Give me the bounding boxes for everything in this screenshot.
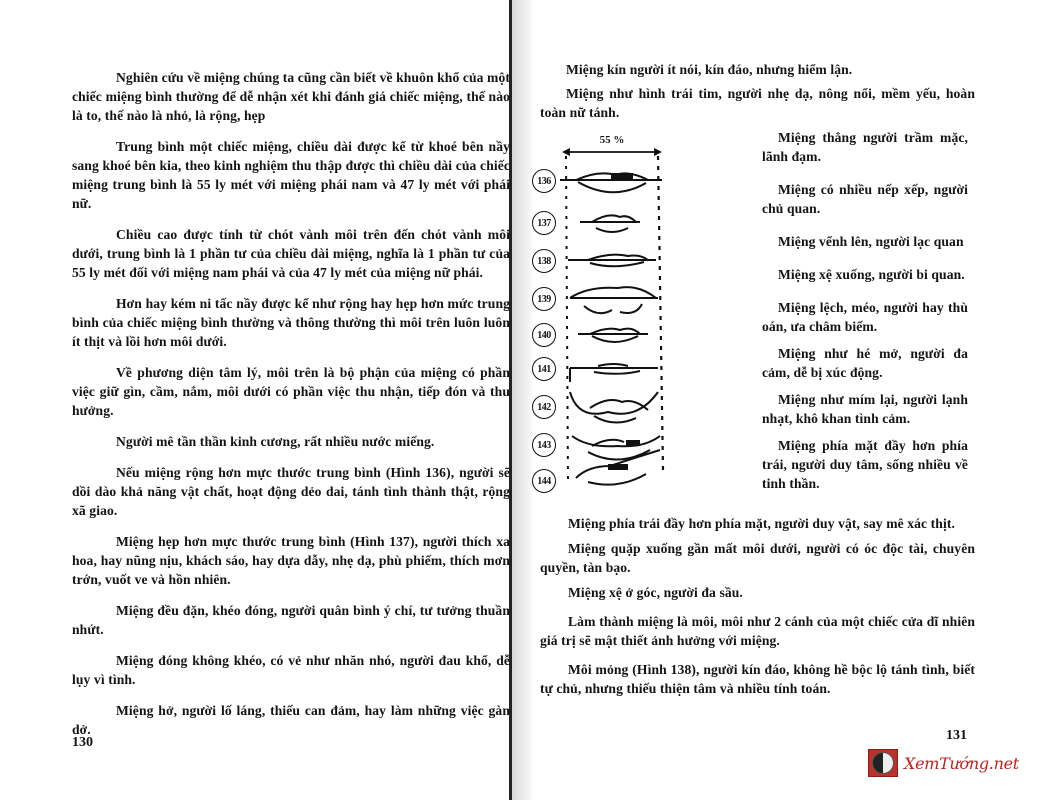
- mouth-shapes-figure: 55 % 136 137 138 139 140 141 142 143 144: [528, 130, 678, 500]
- paragraph: Miệng quặp xuống gần mất môi dưới, người…: [540, 539, 975, 577]
- figure-side-notes: Miệng thẳng người trầm mặc, lãnh đạm. Mi…: [762, 128, 968, 501]
- figure-label: 142: [532, 395, 556, 419]
- paragraph: Miệng đều đặn, khéo đóng, người quân bìn…: [72, 601, 510, 639]
- paragraph: Miệng đóng không khéo, có vẻ như nhăn nh…: [72, 651, 510, 689]
- paragraph: Nếu miệng rộng hơn mực thước trung bình …: [72, 463, 510, 520]
- watermark-text: XemTướng.net: [904, 754, 1019, 773]
- paragraph: Nghiên cứu về miệng chúng ta cũng cần bi…: [72, 68, 510, 125]
- watermark-logo: XemTướng.net: [868, 749, 1019, 777]
- paragraph: Miệng phía trái đầy hơn phía mặt, người …: [540, 514, 975, 533]
- note: Miệng vểnh lên, người lạc quan: [762, 232, 968, 251]
- paragraph: Miệng hở, người lố láng, thiếu can đảm, …: [72, 701, 510, 739]
- note: Miệng có nhiều nếp xếp, người chủ quan.: [762, 180, 968, 218]
- left-page-text: Nghiên cứu về miệng chúng ta cũng cần bi…: [72, 68, 510, 751]
- figure-label: 140: [532, 323, 556, 347]
- page-number-right: 131: [946, 728, 967, 744]
- yin-yang-icon: [868, 749, 898, 777]
- note: Miệng như hé mở, người đa cảm, dễ bị xúc…: [762, 344, 968, 382]
- note: Miệng phía mặt đầy hơn phía trái, người …: [762, 436, 968, 493]
- note: Miệng xệ xuống, người bi quan.: [762, 265, 968, 284]
- figure-label: 136: [532, 169, 556, 193]
- paragraph: Làm thành miệng là môi, môi như 2 cánh c…: [540, 612, 975, 650]
- note: Miệng như mím lại, người lạnh nhạt, khô …: [762, 390, 968, 428]
- figure-label: 138: [532, 249, 556, 273]
- paragraph: Trung bình một chiếc miệng, chiều dài đư…: [72, 137, 510, 213]
- figure-label: 137: [532, 211, 556, 235]
- paragraph: Chiều cao được tính từ chót vành môi trê…: [72, 225, 510, 282]
- paragraph: Môi mỏng (Hình 138), người kín đáo, khôn…: [540, 660, 975, 698]
- paragraph: Miệng xệ ở góc, người đa sầu.: [540, 583, 975, 602]
- figure-label: 141: [532, 357, 556, 381]
- paragraph: Hơn hay kém ni tấc nầy được kể như rộng …: [72, 294, 510, 351]
- right-page-top-text: Miệng kín người ít nói, kín đáo, nhưng h…: [540, 60, 975, 127]
- paragraph: Miệng hẹp hơn mực thước trung bình (Hình…: [72, 532, 510, 589]
- right-page-bottom-text: Miệng phía trái đầy hơn phía mặt, người …: [540, 514, 975, 704]
- left-page: Nghiên cứu về miệng chúng ta cũng cần bi…: [0, 0, 512, 800]
- paragraph: Về phương diện tâm lý, môi trên là bộ ph…: [72, 363, 510, 420]
- measure-label: 55 %: [566, 134, 658, 146]
- paragraph: Miệng kín người ít nói, kín đáo, nhưng h…: [540, 60, 975, 79]
- note: Miệng thẳng người trầm mặc, lãnh đạm.: [762, 128, 968, 166]
- paragraph: Miệng như hình trái tim, người nhẹ dạ, n…: [540, 84, 975, 122]
- paragraph: Người mê tần thần kinh cương, rất nhiều …: [72, 432, 510, 451]
- figure-label: 139: [532, 287, 556, 311]
- page-number-left: 130: [72, 735, 93, 751]
- figure-label: 143: [532, 433, 556, 457]
- figure-label: 144: [532, 469, 556, 493]
- note: Miệng lệch, méo, người hay thù oán, ưa c…: [762, 298, 968, 336]
